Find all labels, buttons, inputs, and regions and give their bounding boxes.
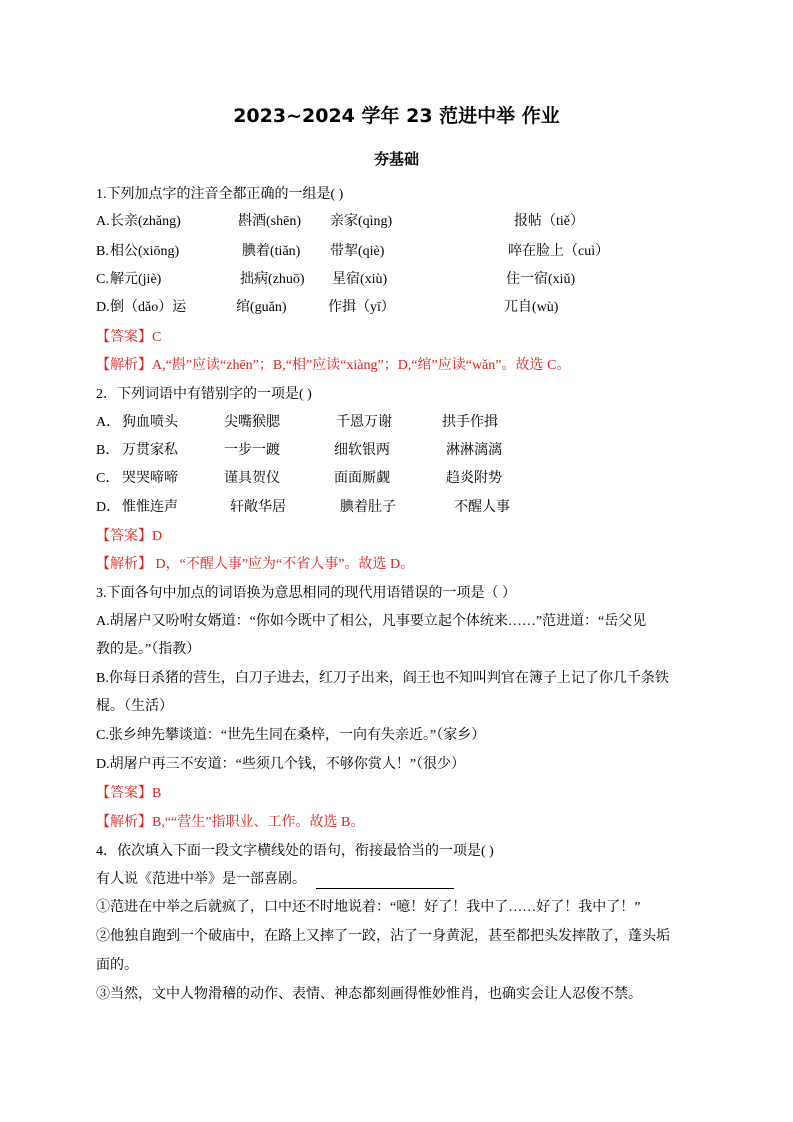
q2-b-item3: 细软银两 — [334, 442, 390, 460]
q2-answer: 【答案】D — [96, 528, 162, 546]
q1-b-item3: 带挈(qiè) — [330, 243, 384, 261]
q1-d-item4: 兀自(wù) — [504, 299, 558, 317]
q2-stem: 2．下列词语中有错别字的一项是( ) — [96, 386, 312, 404]
q4-intro: 有人说《范进中举》是一部喜剧。 — [96, 872, 306, 887]
q4-stem: 4．依次填入下面一段文字横线处的语句，衔接最恰当的一项是( ) — [96, 843, 494, 861]
q4-line: 面的。 — [96, 957, 138, 975]
q3-answer: 【答案】B — [96, 785, 161, 803]
q1-option-a: A. 长亲(zhǎng) 斟酒(shēn) 亲家(qìng) 报帖（tiě） — [96, 213, 716, 231]
q1-option-b: B. 相公(xiōng) 腆着(tiǎn) 带挈(qiè) 啐在脸上（cuì） — [96, 243, 716, 261]
q2-d-item3: 腆着肚子 — [340, 499, 396, 517]
q1-b-label: B. — [96, 243, 109, 261]
q2-option-a: A． 狗血喷头 尖嘴猴腮 千恩万谢 拱手作揖 — [96, 414, 716, 432]
q3-line: 教的是。”（指教） — [96, 641, 200, 659]
q3-line: A.胡屠户又吩咐女婿道：“你如今既中了相公，凡事要立起个体统来……”范进道：“岳… — [96, 613, 646, 631]
q1-a-item1: 长亲(zhǎng) — [110, 213, 181, 231]
q2-c-label: C． — [96, 470, 119, 488]
q1-a-item2: 斟酒(shēn) — [238, 213, 301, 231]
q1-b-item2: 腆着(tiǎn) — [242, 243, 300, 261]
q2-d-item2: 轩敞华居 — [230, 499, 286, 517]
q2-option-d: D． 惟惟连声 轩敞华居 腆着肚子 不醒人事 — [96, 499, 716, 517]
q2-a-item4: 拱手作揖 — [442, 414, 498, 432]
q1-analysis: 【解析】A,“斟”应读“zhēn”；B,“相”应读“xiàng”；D,“绾”应读… — [96, 357, 570, 375]
section-title: 夯基础 — [0, 148, 793, 169]
q3-line: C.张乡绅先攀谈道：“世先生同在桑梓，一向有失亲近。”（家乡） — [96, 727, 485, 745]
q2-option-c: C． 哭哭啼啼 谨具贺仪 面面厮觑 趋炎附势 — [96, 470, 716, 488]
q2-b-item4: 淋淋漓漓 — [446, 442, 502, 460]
q2-d-item1: 惟惟连声 — [122, 499, 178, 517]
q3-line: D.胡屠户再三不安道：“些须几个钱，不够你赏人！”（很少） — [96, 756, 465, 774]
q2-a-item2: 尖嘴猴腮 — [224, 414, 280, 432]
q2-a-label: A． — [96, 414, 120, 432]
fill-in-blank — [316, 874, 454, 889]
q1-answer: 【答案】C — [96, 329, 161, 347]
q1-d-item2: 绾(guǎn) — [236, 299, 287, 317]
q2-c-item3: 面面厮觑 — [334, 470, 390, 488]
q2-c-item2: 谨具贺仪 — [224, 470, 280, 488]
q1-d-item1: 倒（dǎo）运 — [110, 299, 186, 317]
q2-d-label: D． — [96, 499, 120, 517]
q1-option-d: D. 倒（dǎo）运 绾(guǎn) 作揖（yī） 兀自(wù) — [96, 299, 716, 317]
q1-c-item4: 住一宿(xiǔ) — [506, 271, 575, 289]
q3-analysis: 【解析】B,““营生”指职业、工作。故选 B。 — [96, 814, 364, 832]
q2-d-item4: 不醒人事 — [454, 499, 510, 517]
q3-line: B.你每日杀猪的营生，白刀子进去，红刀子出来，阎王也不知叫判官在簿子上记了你几千… — [96, 670, 669, 688]
q1-b-item4: 啐在脸上（cuì） — [508, 243, 609, 261]
document-page: 2023~2024 学年 23 范进中举 作业 夯基础 1.下列加点字的注音全都… — [0, 0, 793, 1122]
q2-a-item1: 狗血喷头 — [122, 414, 178, 432]
q1-a-label: A. — [96, 213, 110, 231]
q1-d-label: D. — [96, 299, 110, 317]
q4-intro-line: 有人说《范进中举》是一部喜剧。 — [96, 871, 454, 889]
q4-line: ③当然，文中人物滑稽的动作、表情、神态都刻画得惟妙惟肖，也确实会让人忍俊不禁。 — [96, 986, 642, 1004]
q3-stem: 3.下面各句中加点的词语换为意思相同的现代用语错误的一项是（ ） — [96, 585, 516, 603]
q1-c-item1: 解元(jiè) — [110, 271, 161, 289]
q2-b-item2: 一步一踱 — [224, 442, 280, 460]
q4-line: ②他独自跑到一个破庙中，在路上又摔了一跤，沾了一身黄泥，甚至都把头发摔散了，蓬头… — [96, 928, 670, 946]
q1-d-item3: 作揖（yī） — [328, 299, 395, 317]
q4-line: ①范进在中举之后就疯了，口中还不时地说着：“噫！好了！我中了……好了！我中了！” — [96, 899, 640, 917]
q1-c-item2: 拙病(zhuō) — [240, 271, 305, 289]
q1-b-item1: 相公(xiōng) — [110, 243, 179, 261]
q1-c-item3: 星宿(xiù) — [332, 271, 387, 289]
q2-analysis: 【解析】 D，“不醒人事”应为“不省人事”。故选 D。 — [96, 556, 414, 574]
q2-c-item1: 哭哭啼啼 — [122, 470, 178, 488]
q1-stem: 1.下列加点字的注音全都正确的一组是( ) — [96, 186, 343, 204]
q1-option-c: C. 解元(jiè) 拙病(zhuō) 星宿(xiù) 住一宿(xiǔ) — [96, 271, 716, 289]
page-title: 2023~2024 学年 23 范进中举 作业 — [0, 101, 793, 128]
q3-line: 棍。（生活） — [96, 698, 173, 716]
q1-a-item4: 报帖（tiě） — [514, 213, 584, 231]
q2-b-item1: 万贯家私 — [122, 442, 178, 460]
q1-c-label: C. — [96, 271, 109, 289]
q2-a-item3: 千恩万谢 — [336, 414, 392, 432]
q1-a-item3: 亲家(qìng) — [330, 213, 392, 231]
q2-option-b: B． 万贯家私 一步一踱 细软银两 淋淋漓漓 — [96, 442, 716, 460]
q2-c-item4: 趋炎附势 — [446, 470, 502, 488]
q2-b-label: B． — [96, 442, 119, 460]
